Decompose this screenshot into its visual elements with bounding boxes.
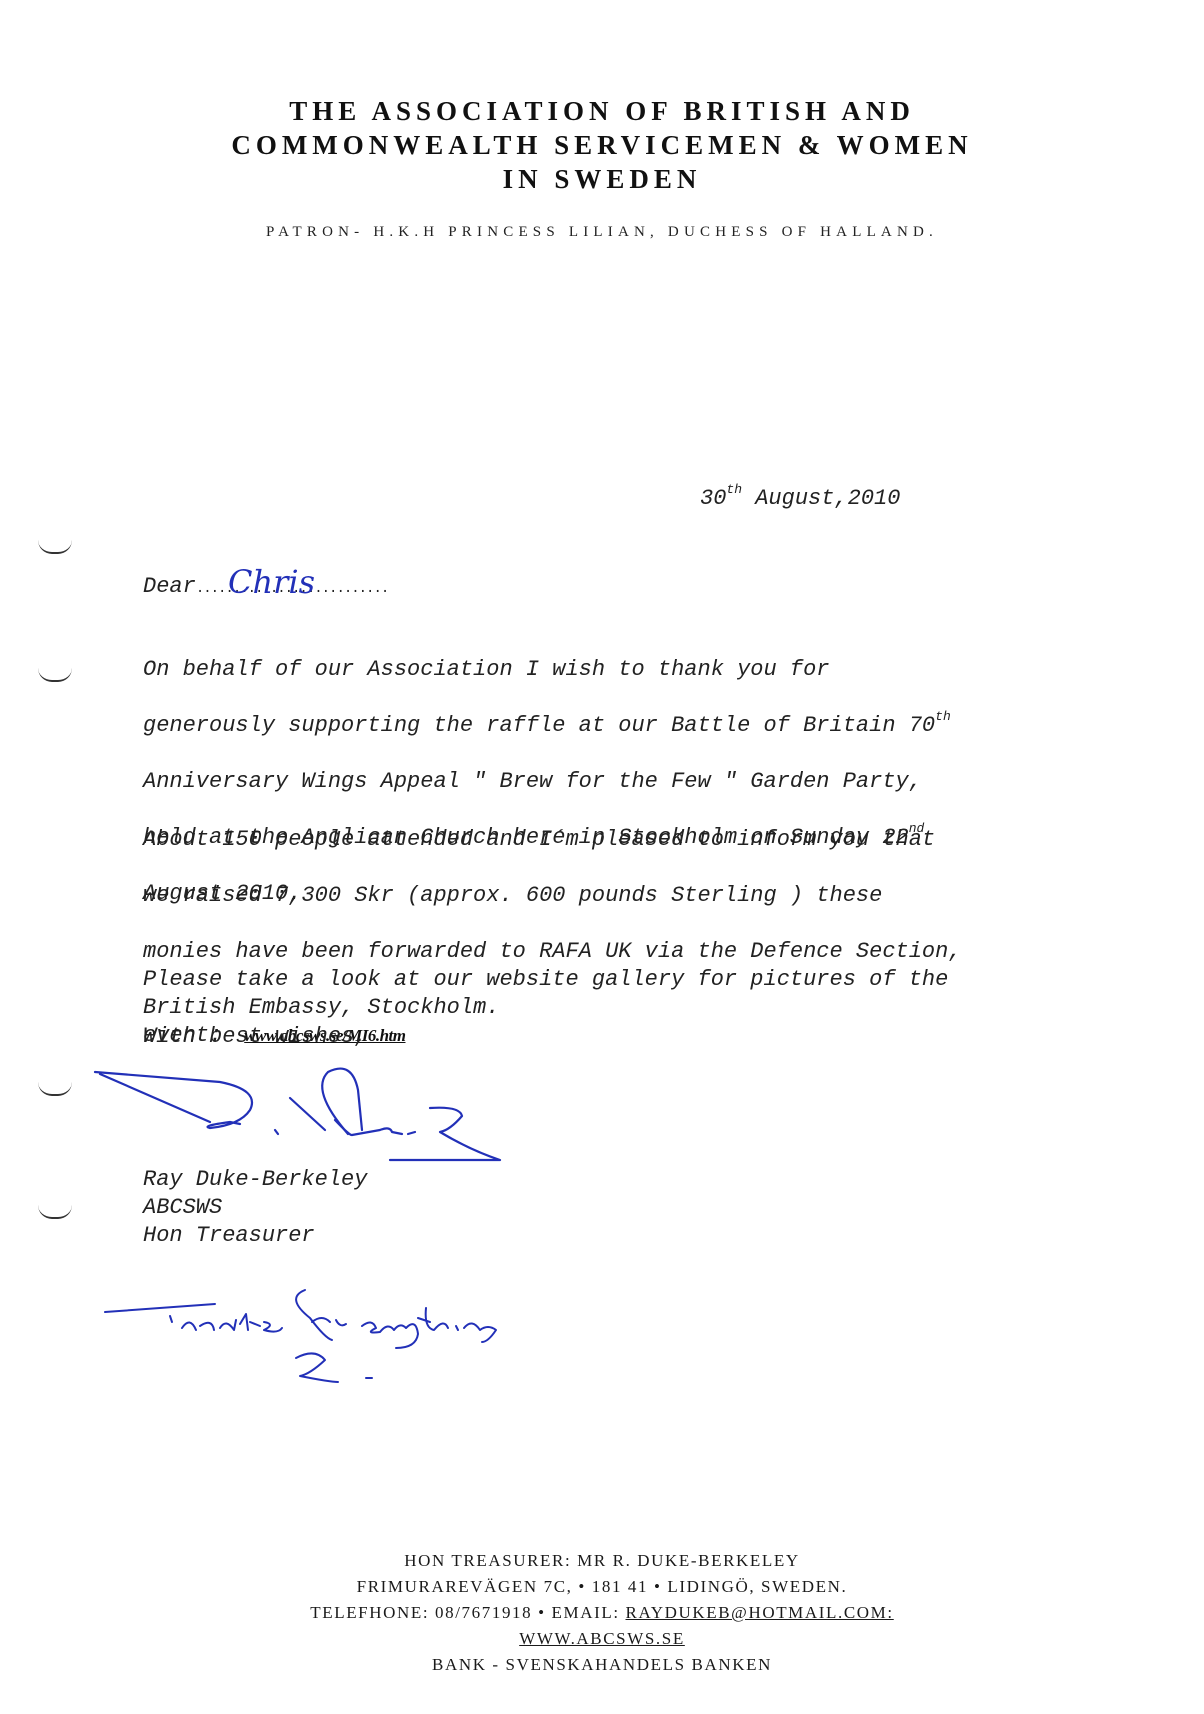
footer-website-link[interactable]: WWW.ABCSWS.SE: [519, 1629, 685, 1648]
date-suffix: th: [726, 482, 742, 497]
signature: [90, 1060, 510, 1170]
handwritten-recipient-name: Chris: [228, 563, 315, 601]
signer-name: Ray Duke-Berkeley: [143, 1166, 367, 1194]
handwritten-note: Thanks for everything: [100, 1278, 620, 1398]
paragraph-line: we raised 7,300 Skr (approx. 600 pounds …: [143, 882, 1083, 910]
date-day: 30: [700, 486, 726, 511]
footer-contact: TELEFHONE: 08/7671918 • EMAIL: RAYDUKEB@…: [0, 1600, 1204, 1626]
closing: With best wishes,: [143, 1024, 367, 1049]
footer-bank: BANK - SVENSKAHANDELS BANKEN: [0, 1652, 1204, 1678]
letter-page: THE ASSOCIATION OF BRITISH AND COMMONWEA…: [0, 0, 1204, 1714]
paragraph-line: Please take a look at our website galler…: [143, 966, 1083, 994]
signer-organization: ABCSWS: [143, 1194, 367, 1222]
letter-date: 30th August,2010: [700, 486, 900, 511]
signer-role: Hon Treasurer: [143, 1222, 367, 1250]
paragraph-line: generously supporting the raffle at our …: [143, 712, 1083, 740]
footer-phone: TELEFHONE: 08/7671918 • EMAIL:: [310, 1603, 625, 1622]
footer-address: FRIMURAREVÄGEN 7C, • 181 41 • LIDINGÖ, S…: [0, 1574, 1204, 1600]
paragraph-line: On behalf of our Association I wish to t…: [143, 656, 1083, 684]
punch-hole-mark: [38, 1082, 72, 1096]
letterhead-title-line: COMMONWEALTH SERVICEMEN & WOMEN: [0, 128, 1204, 162]
paragraph-line: Anniversary Wings Appeal ″ Brew for the …: [143, 768, 1083, 796]
footer-email-link[interactable]: RAYDUKEB@HOTMAIL.COM:: [626, 1603, 894, 1622]
letterhead-title-line: IN SWEDEN: [0, 162, 1204, 196]
signer-block: Ray Duke-Berkeley ABCSWS Hon Treasurer: [143, 1166, 367, 1250]
ordinal-suffix: th: [935, 709, 951, 724]
punch-hole-mark: [38, 540, 72, 554]
line-text: generously supporting the raffle at our …: [143, 713, 935, 738]
greeting-word: Dear: [143, 574, 196, 599]
date-month-year: August,2010: [742, 486, 900, 511]
letterhead-title-line: THE ASSOCIATION OF BRITISH AND: [0, 94, 1204, 128]
body-paragraph-3: Please take a look at our website galler…: [143, 938, 1083, 1078]
punch-hole-mark: [38, 668, 72, 682]
footer-treasurer: HON TREASURER: MR R. DUKE-BERKELEY: [0, 1548, 1204, 1574]
letterhead-footer: HON TREASURER: MR R. DUKE-BERKELEY FRIMU…: [0, 1548, 1204, 1678]
punch-hole-mark: [38, 1205, 72, 1219]
letterhead-patron: PATRON- H.K.H PRINCESS LILIAN, DUCHESS O…: [0, 224, 1204, 241]
paragraph-line: About 150 people attended and I´m please…: [143, 826, 1083, 854]
